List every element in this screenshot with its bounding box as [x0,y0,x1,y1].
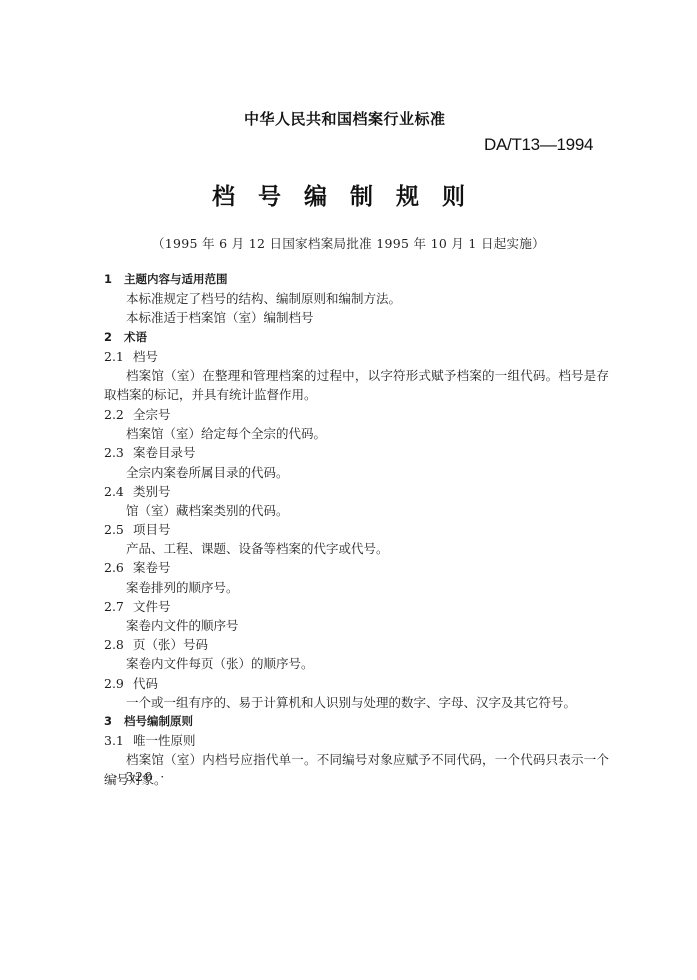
principle-text: 档案馆（室）内档号应指代单一。不同编号对象应赋予不同代码，一个代码只表示一个编号… [104,750,609,789]
subsection-title: 项目号 [133,522,171,537]
document-page: 中华人民共和国档案行业标准 DA/T13—1994 档号编制规则 （1995 年… [0,0,697,980]
section-number: 3 [104,712,124,731]
approval-note: （1995 年 6 月 12 日国家档案局批准 1995 年 10 月 1 日起… [152,234,545,252]
subsection-number: 2.4 [104,482,133,501]
subsection-title: 档号 [133,349,158,364]
subsection-heading-2-3: 2.3案卷目录号 [104,443,609,462]
subsection-title: 代码 [133,676,158,691]
definition-text: 案卷内文件的顺序号 [104,616,609,635]
document-title: 档号编制规则 [212,178,488,211]
page-number: · 320 · [114,770,166,784]
subsection-title: 唯一性原则 [133,733,196,748]
definition-text: 馆（室）藏档案类别的代码。 [104,501,609,520]
section-number: 2 [104,328,124,347]
subsection-heading-2-6: 2.6案卷号 [104,558,609,577]
definition-text: 产品、工程、课题、设备等档案的代字或代号。 [104,539,609,558]
subsection-number: 2.1 [104,347,133,366]
subsection-heading-2-4: 2.4类别号 [104,482,609,501]
section-title: 主题内容与适用范围 [124,272,228,286]
subsection-number: 2.3 [104,443,133,462]
subsection-number: 2.2 [104,405,133,424]
subsection-title: 文件号 [133,599,171,614]
subsection-number: 2.9 [104,674,133,693]
subsection-heading-3-1: 3.1唯一性原则 [104,731,609,750]
definition-text: 案卷内文件每页（张）的顺序号。 [104,654,609,673]
section-heading-1: 1主题内容与适用范围 [104,270,609,289]
subsection-heading-2-2: 2.2全宗号 [104,405,609,424]
document-body: 1主题内容与适用范围 本标准规定了档号的结构、编制原则和编制方法。 本标准适于档… [104,270,609,789]
section-heading-3: 3档号编制原则 [104,712,609,731]
definition-text: 档案馆（室）给定每个全宗的代码。 [104,424,609,443]
subsection-number: 2.8 [104,635,133,654]
definition-text: 一个或一组有序的、易于计算机和人识别与处理的数字、字母、汉字及其它符号。 [104,693,609,712]
subsection-number: 3.1 [104,731,133,750]
definition-text: 档案馆（室）在整理和管理档案的过程中，以字符形式赋予档案的一组代码。档号是存取档… [104,366,609,405]
subsection-heading-2-1: 2.1档号 [104,347,609,366]
standard-code: DA/T13—1994 [484,135,593,155]
subsection-heading-2-9: 2.9代码 [104,674,609,693]
subsection-title: 案卷目录号 [133,445,196,460]
section-title: 术语 [124,330,147,344]
subsection-title: 类别号 [133,484,171,499]
paragraph: 本标准适于档案馆（室）编制档号 [104,308,609,327]
section-title: 档号编制原则 [124,714,193,728]
definition-text: 全宗内案卷所属目录的代码。 [104,463,609,482]
subsection-number: 2.6 [104,558,133,577]
subsection-number: 2.7 [104,597,133,616]
subsection-title: 页（张）号码 [133,637,208,652]
paragraph: 本标准规定了档号的结构、编制原则和编制方法。 [104,289,609,308]
subsection-heading-2-7: 2.7文件号 [104,597,609,616]
subsection-title: 案卷号 [133,560,171,575]
definition-text: 案卷排列的顺序号。 [104,578,609,597]
subsection-heading-2-8: 2.8页（张）号码 [104,635,609,654]
section-number: 1 [104,270,124,289]
subsection-title: 全宗号 [133,407,171,422]
subsection-number: 2.5 [104,520,133,539]
subsection-heading-2-5: 2.5项目号 [104,520,609,539]
section-heading-2: 2术语 [104,328,609,347]
standard-organization: 中华人民共和国档案行业标准 [244,108,446,129]
